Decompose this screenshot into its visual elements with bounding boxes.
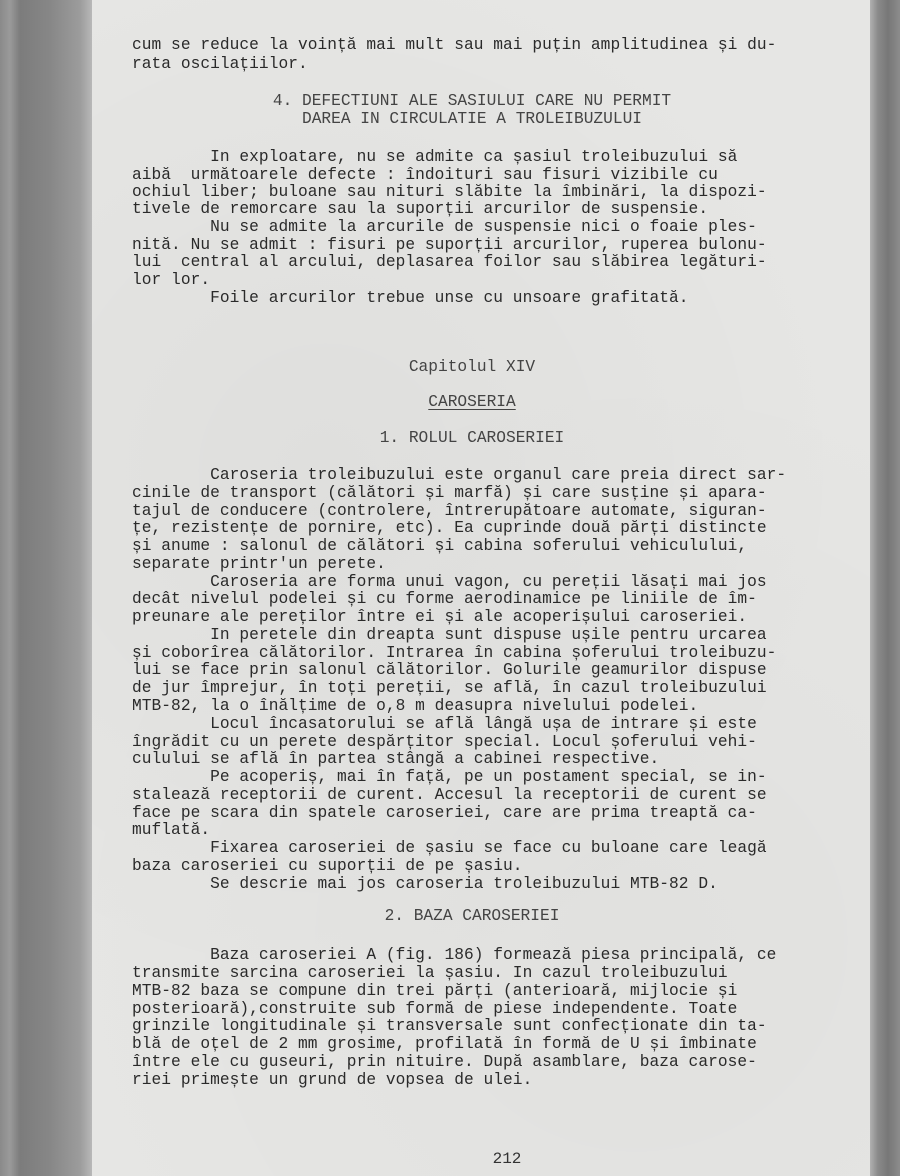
paragraph-line: MTB-82 baza se compune din trei părți (a… [132, 982, 737, 1000]
paragraph-line: MTB-82, la o înălțime de o,8 m deasupra … [132, 697, 698, 715]
paragraph-line: lor lor. [132, 271, 210, 289]
section-heading: 4. DEFECTIUNI ALE SASIULUI CARE NU PERMI… [92, 92, 852, 110]
paragraph-line: muflată. [132, 821, 210, 839]
paragraph-line: face pe scara din spatele caroseriei, ca… [132, 804, 757, 822]
paragraph-line: aibă următoarele defecte : îndoituri sau… [132, 166, 718, 184]
paragraph-line: culului se află în partea stângă a cabin… [132, 750, 659, 768]
paragraph-line: lui se face prin salonul călătorilor. Go… [132, 661, 767, 679]
page-number: 212 [92, 1150, 900, 1168]
paragraph-line: și coborîrea călătorilor. Intrarea în ca… [132, 644, 776, 662]
paragraph-line: țe, rezistențe de pornire, etc). Ea cupr… [132, 519, 767, 537]
paragraph-line: separate printr'un perete. [132, 555, 386, 573]
paragraph-line: lui central al arcului, deplasarea foilo… [132, 253, 767, 271]
paragraph-line: preunare ale pereților între ei și ale a… [132, 608, 747, 626]
paragraph-line: posterioară),construite sub formă de pie… [132, 1000, 737, 1018]
paragraph-line: Locul încasatorului se află lângă ușa de… [132, 715, 757, 733]
paragraph-line: Caroseria are forma unui vagon, cu pereț… [132, 573, 767, 591]
paragraph-line: In peretele din dreapta sunt dispuse uși… [132, 626, 767, 644]
paragraph-line: nită. Nu se admit : fisuri pe suporții a… [132, 236, 767, 254]
chapter-title: CAROSERIA [92, 393, 852, 411]
paragraph-line: Pe acoperiș, mai în față, pe un postamen… [132, 768, 767, 786]
paragraph-line: baza caroseriei cu suporții de pe șasiu. [132, 857, 523, 875]
paragraph-line: grinzile longitudinale și transversale s… [132, 1017, 767, 1035]
paragraph-line: îngrădit cu un perete despărțitor specia… [132, 733, 757, 751]
paragraph-line: tivele de remorcare sau la suporții arcu… [132, 200, 708, 218]
chapter-title-text: CAROSERIA [428, 393, 515, 411]
section-heading: DAREA IN CIRCULATIE A TROLEIBUZULUI [92, 110, 852, 128]
book-gutter-left [0, 0, 92, 1176]
paragraph-line: Nu se admite la arcurile de suspensie ni… [132, 218, 757, 236]
paragraph-line: ochiul liber; buloane sau nituri slăbite… [132, 183, 767, 201]
section-heading: 2. BAZA CAROSERIEI [92, 907, 852, 925]
paragraph-line: Baza caroseriei A (fig. 186) formează pi… [132, 946, 776, 964]
paragraph-line: rata oscilațiilor. [132, 55, 308, 73]
paragraph-line: riei primește un grund de vopsea de ulei… [132, 1071, 532, 1089]
paragraph-line: cum se reduce la voință mai mult sau mai… [132, 36, 776, 54]
paragraph-line: Fixarea caroseriei de șasiu se face cu b… [132, 839, 767, 857]
paragraph-line: între ele cu guseuri, prin nituire. După… [132, 1053, 757, 1071]
paragraph-line: stalează receptorii de curent. Accesul l… [132, 786, 767, 804]
paragraph-line: tajul de conducere (controlere, întrerup… [132, 502, 767, 520]
paragraph-line: decât nivelul podelei și cu forme aerodi… [132, 590, 757, 608]
section-heading: 1. ROLUL CAROSERIEI [92, 429, 852, 447]
paragraph-line: Caroseria troleibuzului este organul car… [132, 466, 786, 484]
paragraph-line: și anume : salonul de călători și cabina… [132, 537, 747, 555]
paragraph-line: cinile de transport (călători și marfă) … [132, 484, 767, 502]
paragraph-line: In exploatare, nu se admite ca șasiul tr… [132, 148, 737, 166]
paragraph-line: Se descrie mai jos caroseria troleibuzul… [132, 875, 718, 893]
chapter-label: Capitolul XIV [92, 358, 852, 376]
paragraph-line: blă de oțel de 2 mm grosime, profilată î… [132, 1035, 757, 1053]
paragraph-line: transmite sarcina caroseriei la șasiu. I… [132, 964, 728, 982]
paragraph-line: de jur împrejur, în toți pereții, se afl… [132, 679, 767, 697]
document-page: cum se reduce la voință mai mult sau mai… [92, 0, 870, 1176]
paragraph-line: Foile arcurilor trebue unse cu unsoare g… [132, 289, 689, 307]
book-edge-right [870, 0, 900, 1176]
